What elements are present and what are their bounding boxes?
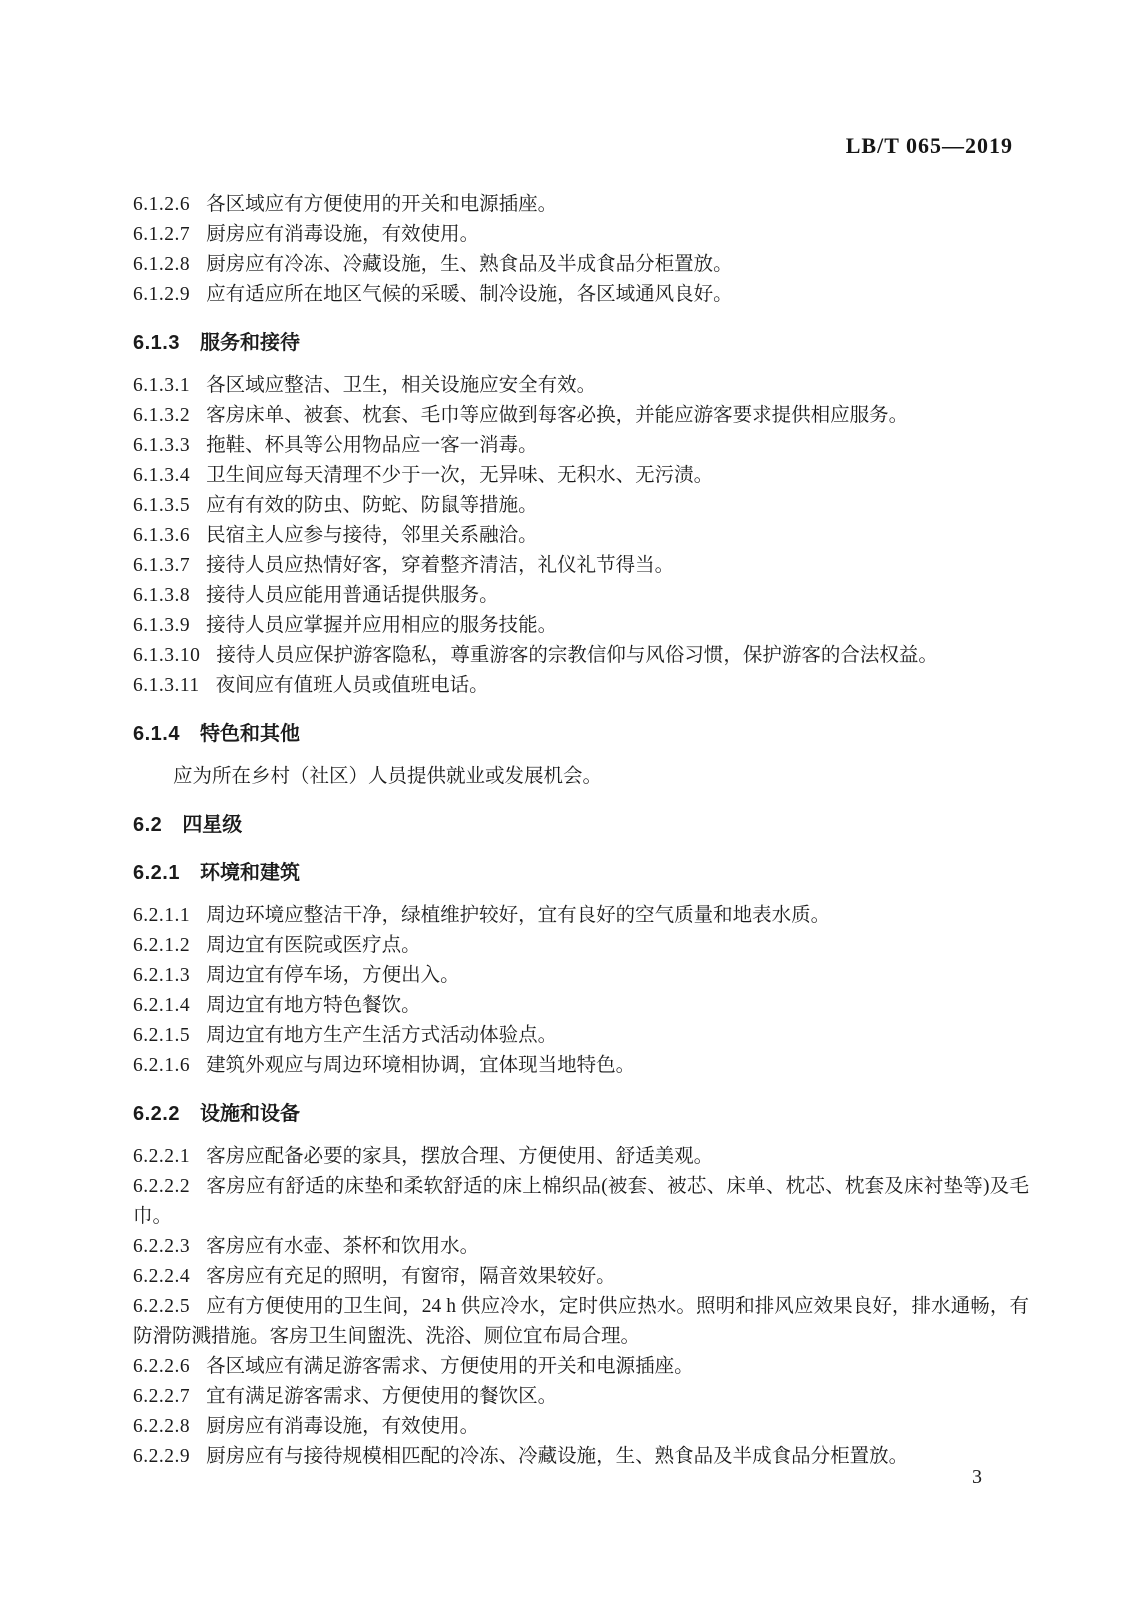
heading-text: 设施和设备	[200, 1103, 300, 1125]
clause-text: 应有有效的防虫、防蛇、防鼠等措施。	[206, 495, 538, 516]
clause-line: 6.1.2.9应有适应所在地区气候的采暖、制冷设施，各区域通风良好。	[133, 280, 1029, 310]
clause-line: 6.2.2.4客房应有充足的照明，有窗帘，隔音效果较好。	[133, 1262, 1029, 1292]
heading-text: 服务和接待	[200, 332, 300, 354]
clause-line: 6.2.2.7宜有满足游客需求、方便使用的餐饮区。	[133, 1382, 1029, 1412]
clause-line: 6.1.3.5应有有效的防虫、防蛇、防鼠等措施。	[133, 491, 1029, 521]
clause-number: 6.1.3.5	[133, 491, 190, 521]
clause-line: 6.2.1.5周边宜有地方生产生活方式活动体验点。	[133, 1021, 1029, 1051]
clause-text: 拖鞋、杯具等公用物品应一客一消毒。	[206, 435, 538, 456]
clause-text: 周边环境应整洁干净，绿植维护较好，宜有良好的空气质量和地表水质。	[206, 905, 830, 926]
clause-number: 6.2.1.1	[133, 901, 190, 931]
clause-text: 民宿主人应参与接待，邻里关系融洽。	[206, 525, 538, 546]
clause-text: 卫生间应每天清理不少于一次，无异味、无积水、无污渍。	[206, 465, 713, 486]
clause-number: 6.2.2.8	[133, 1412, 190, 1442]
clause-line: 6.1.2.6各区域应有方便使用的开关和电源插座。	[133, 190, 1029, 220]
clause-number: 6.2.2.9	[133, 1442, 190, 1472]
clause-number: 6.2.2.1	[133, 1142, 190, 1172]
clause-number: 6.1.3.7	[133, 551, 190, 581]
clause-number: 6.2.2.5	[133, 1292, 190, 1322]
section-heading: 6.2四星级	[133, 810, 1029, 840]
clause-line: 6.1.3.9接待人员应掌握并应用相应的服务技能。	[133, 611, 1029, 641]
clause-number: 6.1.2.6	[133, 190, 190, 220]
heading-text: 特色和其他	[200, 723, 300, 745]
clause-text: 厨房应有冷冻、冷藏设施，生、熟食品及半成食品分柜置放。	[206, 254, 733, 275]
page-number: 3	[972, 1466, 982, 1489]
heading-text: 四星级	[182, 814, 242, 836]
clause-text: 客房应有水壶、茶杯和饮用水。	[206, 1236, 479, 1257]
clause-number: 6.2.1.4	[133, 991, 190, 1021]
clause-line: 6.2.2.8厨房应有消毒设施，有效使用。	[133, 1412, 1029, 1442]
clause-text: 宜有满足游客需求、方便使用的餐饮区。	[206, 1386, 557, 1407]
document-content: 6.1.2.6各区域应有方便使用的开关和电源插座。6.1.2.7厨房应有消毒设施…	[133, 190, 1029, 1472]
clause-line: 6.2.2.9厨房应有与接待规模相匹配的冷冻、冷藏设施，生、熟食品及半成食品分柜…	[133, 1442, 1029, 1472]
clause-line: 6.2.1.6建筑外观应与周边环境相协调，宜体现当地特色。	[133, 1051, 1029, 1081]
clause-text: 各区域应有方便使用的开关和电源插座。	[206, 194, 557, 215]
clause-text: 应有适应所在地区气候的采暖、制冷设施，各区域通风良好。	[206, 284, 733, 305]
section-heading: 6.2.2设施和设备	[133, 1099, 1029, 1129]
clause-text: 客房应有舒适的床垫和柔软舒适的床上棉织品(被套、被芯、床单、枕芯、枕套及床衬垫等…	[133, 1176, 1029, 1227]
clause-line: 6.2.1.1周边环境应整洁干净，绿植维护较好，宜有良好的空气质量和地表水质。	[133, 901, 1029, 931]
section-heading: 6.1.3服务和接待	[133, 328, 1029, 358]
clause-number: 6.2.1.2	[133, 931, 190, 961]
clause-line: 6.2.1.4周边宜有地方特色餐饮。	[133, 991, 1029, 1021]
standard-number-header: LB/T 065—2019	[0, 133, 1013, 159]
clause-line: 6.2.2.2客房应有舒适的床垫和柔软舒适的床上棉织品(被套、被芯、床单、枕芯、…	[133, 1172, 1029, 1232]
clause-number: 6.2.2.2	[133, 1172, 190, 1202]
clause-number: 6.2.1.3	[133, 961, 190, 991]
clause-line: 6.1.3.6民宿主人应参与接待，邻里关系融洽。	[133, 521, 1029, 551]
clause-number: 6.2.2.4	[133, 1262, 190, 1292]
clause-number: 6.2.2.3	[133, 1232, 190, 1262]
section-number: 6.1.3	[133, 328, 180, 358]
clause-text: 应为所在乡村（社区）人员提供就业或发展机会。	[173, 766, 602, 787]
clause-number: 6.1.3.10	[133, 641, 200, 671]
clause-text: 客房床单、被套、枕套、毛巾等应做到每客必换，并能应游客要求提供相应服务。	[206, 405, 908, 426]
section-heading: 6.2.1环境和建筑	[133, 858, 1029, 888]
clause-number: 6.1.3.6	[133, 521, 190, 551]
clause-number: 6.1.2.8	[133, 250, 190, 280]
clause-line: 6.2.2.5应有方便使用的卫生间，24 h 供应冷水，定时供应热水。照明和排风…	[133, 1292, 1029, 1352]
section-number: 6.1.4	[133, 719, 180, 749]
clause-text: 各区域应有满足游客需求、方便使用的开关和电源插座。	[206, 1356, 694, 1377]
clause-line: 6.1.3.8接待人员应能用普通话提供服务。	[133, 581, 1029, 611]
heading-text: 环境和建筑	[200, 862, 300, 884]
clause-line: 6.1.2.8厨房应有冷冻、冷藏设施，生、熟食品及半成食品分柜置放。	[133, 250, 1029, 280]
section-number: 6.2.2	[133, 1099, 180, 1129]
clause-number: 6.2.1.5	[133, 1021, 190, 1051]
clause-text: 周边宜有停车场，方便出入。	[206, 965, 460, 986]
clause-text: 周边宜有医院或医疗点。	[206, 935, 421, 956]
clause-line: 6.1.3.3拖鞋、杯具等公用物品应一客一消毒。	[133, 431, 1029, 461]
clause-number: 6.1.3.9	[133, 611, 190, 641]
clause-number: 6.1.3.3	[133, 431, 190, 461]
clause-text: 接待人员应能用普通话提供服务。	[206, 585, 499, 606]
clause-text: 各区域应整洁、卫生，相关设施应安全有效。	[206, 375, 596, 396]
document-page: LB/T 065—2019 6.1.2.6各区域应有方便使用的开关和电源插座。6…	[0, 0, 1131, 1600]
clause-number: 6.2.2.7	[133, 1382, 190, 1412]
clause-number: 6.1.2.9	[133, 280, 190, 310]
clause-text: 厨房应有消毒设施，有效使用。	[206, 224, 479, 245]
section-heading: 6.1.4特色和其他	[133, 719, 1029, 749]
clause-text: 接待人员应热情好客，穿着整齐清洁，礼仪礼节得当。	[206, 555, 674, 576]
clause-line: 6.1.2.7厨房应有消毒设施，有效使用。	[133, 220, 1029, 250]
clause-line: 6.1.3.4卫生间应每天清理不少于一次，无异味、无积水、无污渍。	[133, 461, 1029, 491]
clause-text: 厨房应有与接待规模相匹配的冷冻、冷藏设施，生、熟食品及半成食品分柜置放。	[206, 1446, 908, 1467]
clause-line: 6.1.3.7接待人员应热情好客，穿着整齐清洁，礼仪礼节得当。	[133, 551, 1029, 581]
clause-number: 6.1.3.4	[133, 461, 190, 491]
clause-text: 建筑外观应与周边环境相协调，宜体现当地特色。	[206, 1055, 635, 1076]
clause-text: 接待人员应掌握并应用相应的服务技能。	[206, 615, 557, 636]
clause-text: 客房应有充足的照明，有窗帘，隔音效果较好。	[206, 1266, 616, 1287]
section-number: 6.2	[133, 810, 162, 840]
clause-text: 周边宜有地方生产生活方式活动体验点。	[206, 1025, 557, 1046]
clause-number: 6.1.3.8	[133, 581, 190, 611]
clause-line: 6.1.3.1各区域应整洁、卫生，相关设施应安全有效。	[133, 371, 1029, 401]
clause-line: 6.1.3.2客房床单、被套、枕套、毛巾等应做到每客必换，并能应游客要求提供相应…	[133, 401, 1029, 431]
clause-text: 夜间应有值班人员或值班电话。	[216, 675, 489, 696]
clause-line: 6.2.1.2周边宜有医院或医疗点。	[133, 931, 1029, 961]
section-number: 6.2.1	[133, 858, 180, 888]
clause-line: 6.2.2.1客房应配备必要的家具，摆放合理、方便使用、舒适美观。	[133, 1142, 1029, 1172]
clause-text: 周边宜有地方特色餐饮。	[206, 995, 421, 1016]
clause-line: 6.1.3.11夜间应有值班人员或值班电话。	[133, 671, 1029, 701]
clause-number: 6.2.2.6	[133, 1352, 190, 1382]
clause-text: 接待人员应保护游客隐私，尊重游客的宗教信仰与风俗习惯，保护游客的合法权益。	[216, 645, 938, 666]
clause-number: 6.1.3.2	[133, 401, 190, 431]
clause-text: 厨房应有消毒设施，有效使用。	[206, 1416, 479, 1437]
clause-line: 6.1.3.10接待人员应保护游客隐私，尊重游客的宗教信仰与风俗习惯，保护游客的…	[133, 641, 1029, 671]
clause-line: 6.2.2.3客房应有水壶、茶杯和饮用水。	[133, 1232, 1029, 1262]
clause-number: 6.2.1.6	[133, 1051, 190, 1081]
clause-number: 6.1.3.1	[133, 371, 190, 401]
clause-line: 6.2.2.6各区域应有满足游客需求、方便使用的开关和电源插座。	[133, 1352, 1029, 1382]
clause-text: 客房应配备必要的家具，摆放合理、方便使用、舒适美观。	[206, 1146, 713, 1167]
clause-text: 应有方便使用的卫生间，24 h 供应冷水，定时供应热水。照明和排风应效果良好，排…	[133, 1296, 1029, 1347]
clause-line: 6.2.1.3周边宜有停车场，方便出入。	[133, 961, 1029, 991]
body-paragraph: 应为所在乡村（社区）人员提供就业或发展机会。	[133, 762, 1029, 792]
clause-number: 6.1.2.7	[133, 220, 190, 250]
clause-number: 6.1.3.11	[133, 671, 200, 701]
